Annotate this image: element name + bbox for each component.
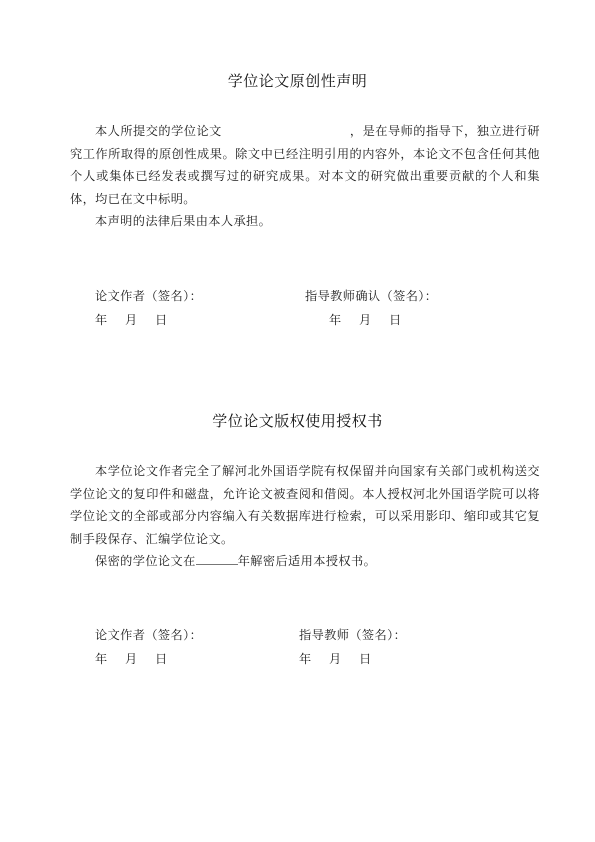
declaration-paragraph-1: 本人所提交的学位论文，是在导师的指导下，独立进行研究工作所取得的原创性成果。除文… — [70, 120, 540, 210]
authorization-author-signature-label: 论文作者（签名）： — [95, 626, 202, 643]
declaration-paragraph-2: 本声明的法律后果由本人承担。 — [70, 210, 540, 233]
date-day: 日 — [155, 311, 175, 328]
authorization-title: 学位论文版权使用授权书 — [0, 410, 595, 431]
declaration-author-date: 年月日 — [95, 311, 175, 328]
authorization-text-after-blank: 年解密后适用本授权书。 — [238, 554, 376, 568]
date-year: 年 — [299, 650, 329, 667]
declaration-text-before-blank: 本人所提交的学位论文 — [95, 124, 222, 138]
confidential-years-blank[interactable] — [196, 552, 238, 565]
date-year: 年 — [95, 311, 125, 328]
authorization-advisor-signature-label: 指导教师（签名）： — [299, 626, 406, 643]
date-month: 月 — [329, 650, 359, 667]
authorization-advisor-date: 年月日 — [299, 650, 379, 667]
date-year: 年 — [95, 650, 125, 667]
authorization-text-before-blank: 保密的学位论文在 — [95, 554, 196, 568]
date-month: 月 — [125, 311, 155, 328]
authorization-paragraph-2: 保密的学位论文在年解密后适用本授权书。 — [70, 550, 540, 573]
declaration-advisor-signature-label: 指导教师确认（签名）： — [305, 287, 437, 304]
date-year: 年 — [329, 311, 359, 328]
declaration-body: 本人所提交的学位论文，是在导师的指导下，独立进行研究工作所取得的原创性成果。除文… — [70, 120, 540, 233]
declaration-advisor-date: 年月日 — [329, 311, 409, 328]
date-month: 月 — [125, 650, 155, 667]
date-day: 日 — [359, 650, 379, 667]
document-page: 学位论文原创性声明 本人所提交的学位论文，是在导师的指导下，独立进行研究工作所取… — [0, 0, 595, 842]
authorization-body: 本学位论文作者完全了解河北外国语学院有权保留并向国家有关部门或机构送交学位论文的… — [70, 460, 540, 573]
date-month: 月 — [359, 311, 389, 328]
authorization-paragraph-1: 本学位论文作者完全了解河北外国语学院有权保留并向国家有关部门或机构送交学位论文的… — [70, 460, 540, 550]
date-day: 日 — [155, 650, 175, 667]
date-day: 日 — [389, 311, 409, 328]
authorization-author-date: 年月日 — [95, 650, 175, 667]
declaration-author-signature-label: 论文作者（签名）： — [95, 287, 202, 304]
declaration-title: 学位论文原创性声明 — [0, 70, 595, 91]
